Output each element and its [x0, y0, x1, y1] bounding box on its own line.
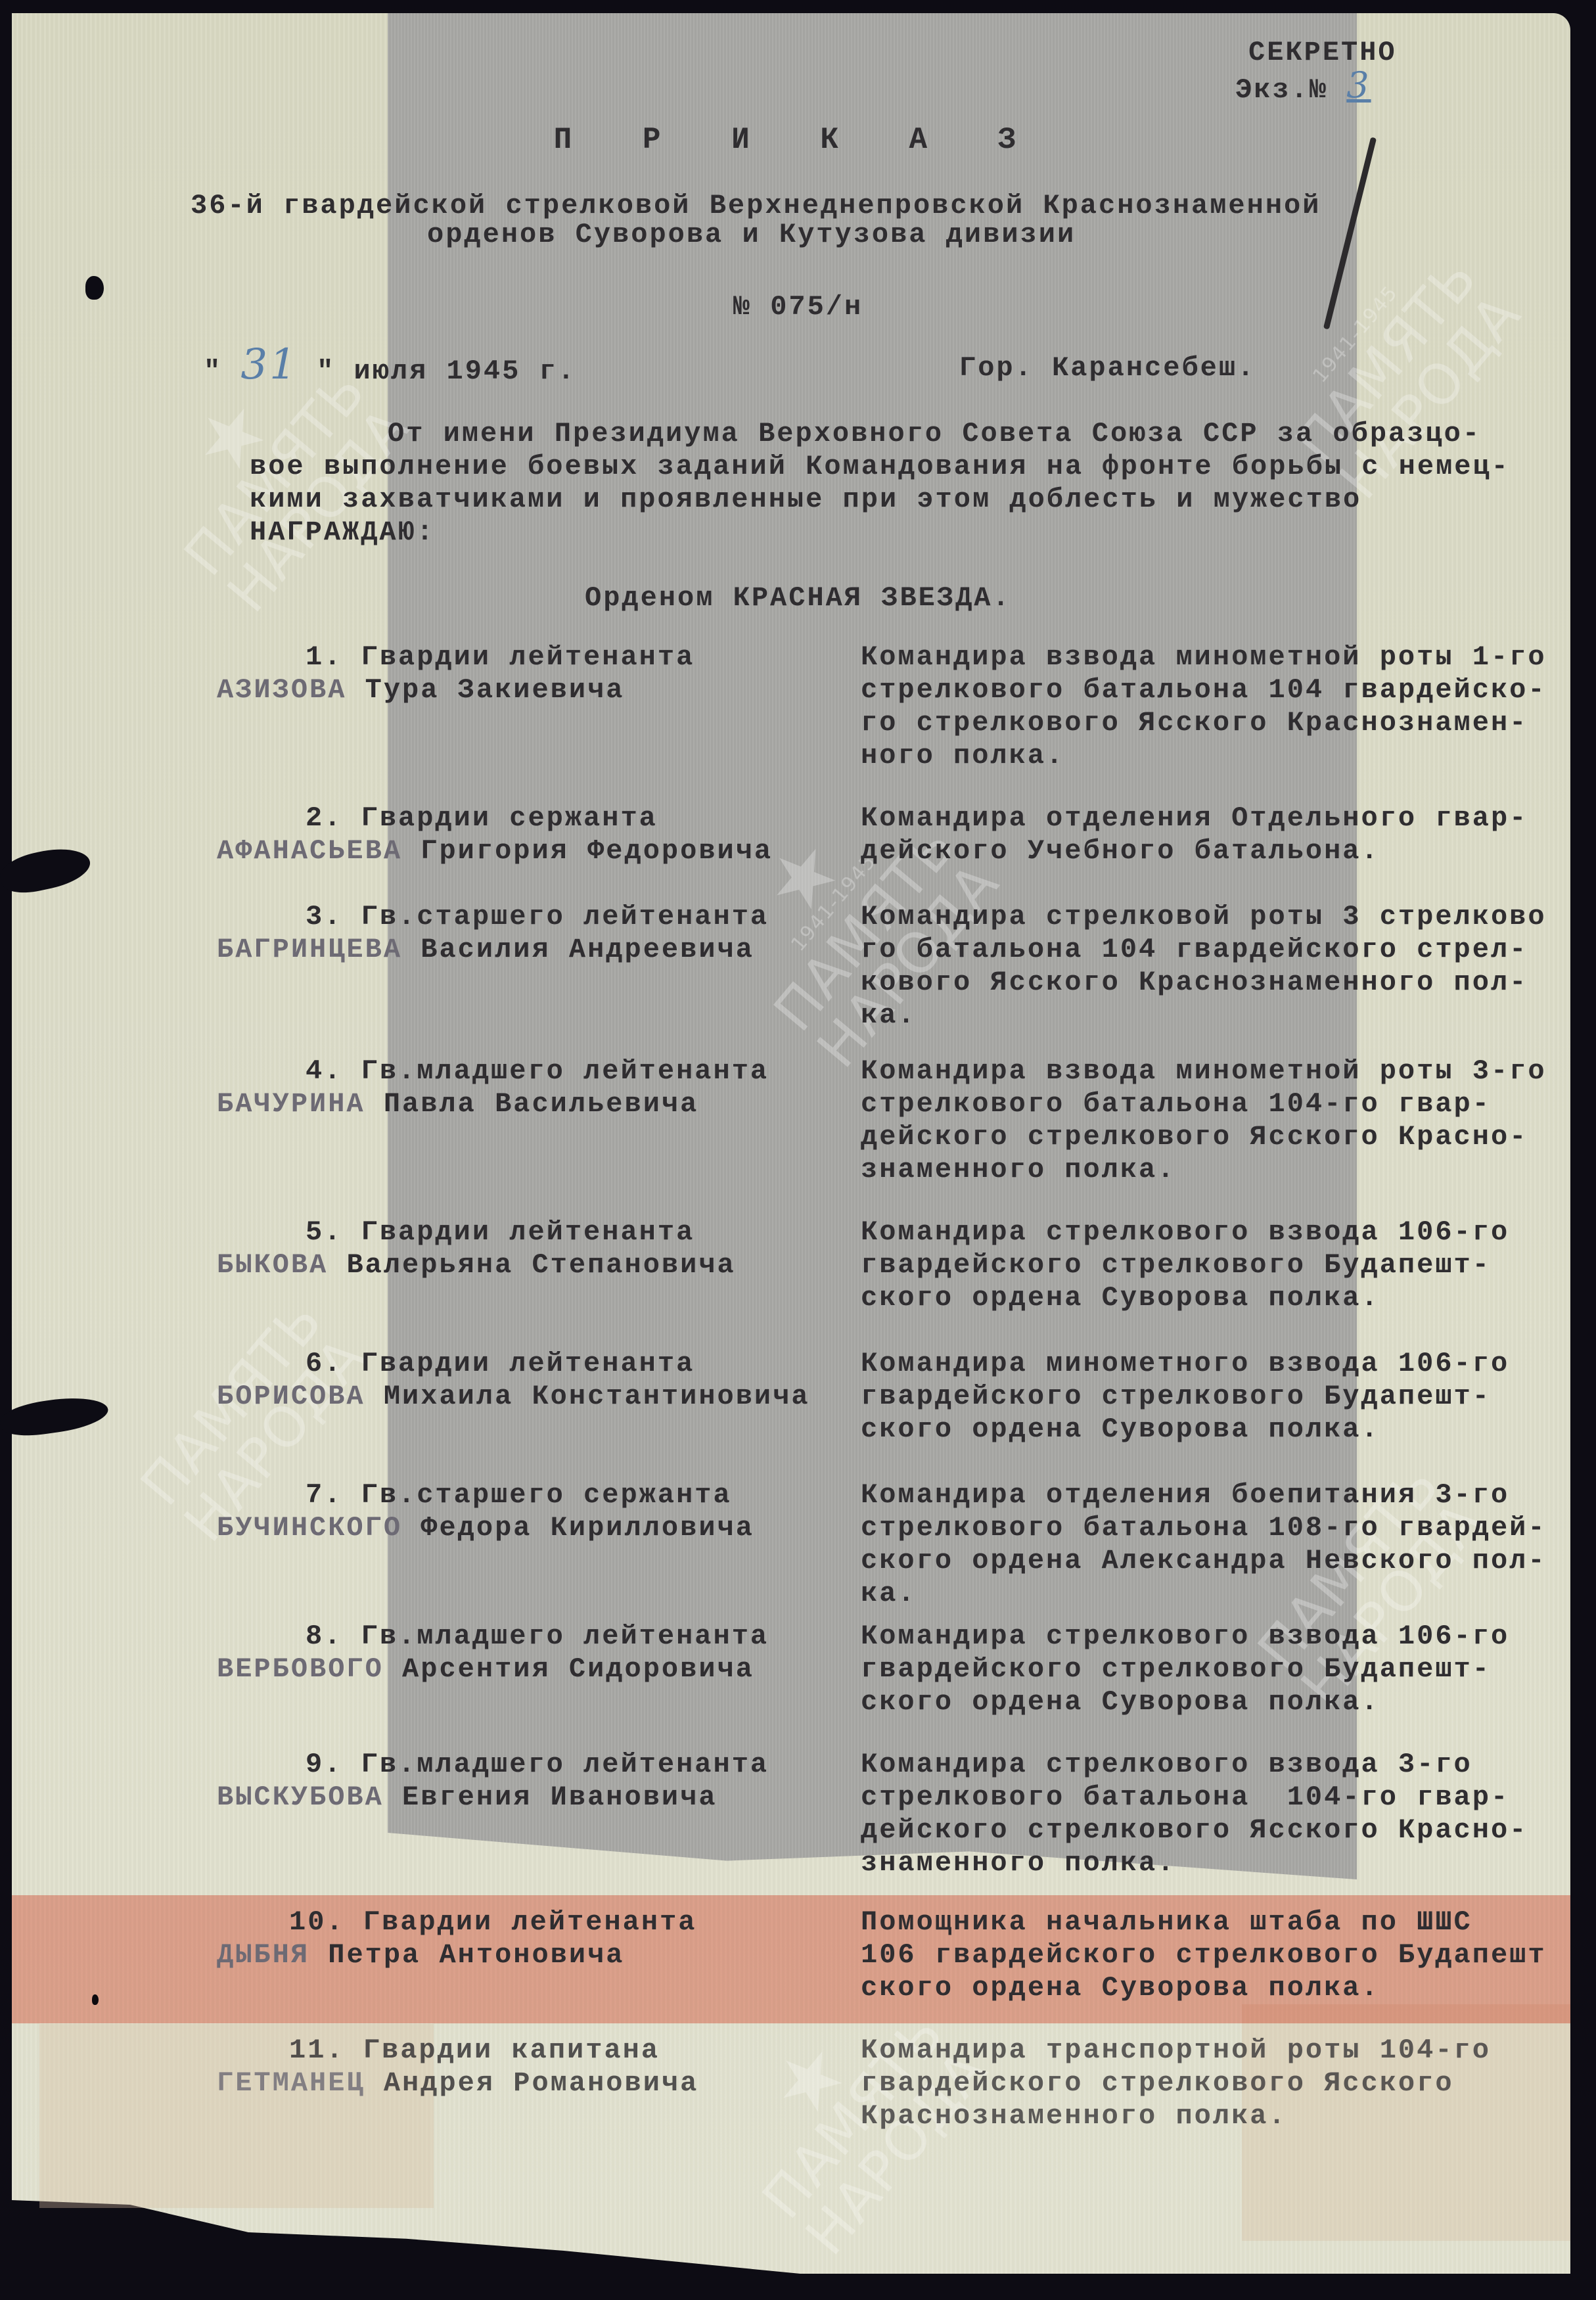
entry-position-line: ского ордена Суворова полка.	[861, 1281, 1509, 1314]
entry-given-names: Михаила Константиновича	[365, 1381, 810, 1412]
entry-given-names: Федора Кирилловича	[402, 1512, 754, 1544]
entry-position: Командира стрелковой роты 3 стрелкового …	[861, 900, 1547, 1032]
entry-surname: ДЫБНЯ	[217, 1939, 309, 1971]
entry-surname: ВЫСКУБОВА	[217, 1782, 384, 1813]
entry-number-and-rank: 9. Гв.младшего лейтенанта	[306, 1748, 769, 1781]
entry-position-line: Командира стрелковой роты 3 стрелково	[861, 900, 1547, 933]
entry-position-line: ского ордена Суворова полка.	[861, 1971, 1547, 2004]
entry-position: Командира стрелкового взвода 106-гогвард…	[861, 1620, 1509, 1718]
entry-position-line: стрелкового батальона 108-го гвардей-	[861, 1511, 1547, 1544]
issuer-line-2: орденов Суворова и Кутузова дивизии	[427, 218, 1076, 251]
entry-position-line: кового Ясского Краснознаменного пол-	[861, 966, 1547, 999]
entry-position: Командира взвода минометной роты 3-гостр…	[861, 1055, 1547, 1186]
entry-number-and-rank: 6. Гвардии лейтенанта	[306, 1347, 695, 1380]
entry-position: Командира минометного взвода 106-гогвард…	[861, 1347, 1509, 1446]
date-line: " 31 " июля 1945 г.	[204, 348, 576, 388]
entry-name: ВЫСКУБОВА Евгения Ивановича	[217, 1781, 718, 1814]
document-title: П Р И К А З	[0, 124, 1596, 156]
entry-position-line: ка.	[861, 999, 1547, 1032]
entry-position-line: Командира взвода минометной роты 1-го	[861, 641, 1547, 674]
entry-position-line: 106 гвардейского стрелкового Будапешт	[861, 1939, 1547, 1971]
entry-number-and-rank: 2. Гвардии сержанта	[306, 802, 658, 835]
preamble-line-2: вое выполнение боевых заданий Командован…	[250, 450, 1510, 483]
entry-name: БАГРИНЦЕВА Василия Андреевича	[217, 933, 754, 966]
entry-position-line: стрелкового батальона 104 гвардейско-	[861, 674, 1547, 706]
entry-surname: БАГРИНЦЕВА	[217, 934, 402, 965]
entry-position-line: Командира взвода минометной роты 3-го	[861, 1055, 1547, 1088]
entry-position-line: ского ордена Суворова полка.	[861, 1686, 1509, 1718]
entry-given-names: Андрея Романовича	[365, 2067, 699, 2099]
entry-position-line: го стрелкового Ясского Краснознамен-	[861, 706, 1547, 739]
copy-number: 3	[1346, 64, 1371, 106]
entry-name: ГЕТМАНЕЦ Андрея Романовича	[217, 2067, 698, 2100]
entry-position-line: гвардейского стрелкового Будапешт-	[861, 1653, 1509, 1686]
entry-position: Командира транспортной роты 104-гогварде…	[861, 2034, 1491, 2132]
issuer-line-1: 36-й гвардейской стрелковой Верхнеднепро…	[191, 189, 1321, 222]
preamble-line-3: кими захватчиками и проявленные при этом…	[250, 483, 1361, 516]
entry-position-line: дейского Учебного батальона.	[861, 835, 1528, 867]
entry-name: ВЕРБОВОГО Арсентия Сидоровича	[217, 1653, 754, 1686]
entry-position: Командира взвода минометной роты 1-гостр…	[861, 641, 1547, 772]
entry-position-line: Краснознаменного полка.	[861, 2100, 1491, 2132]
entry-surname: БУЧИНСКОГО	[217, 1512, 402, 1544]
entry-surname: АЗИЗОВА	[217, 674, 346, 706]
entry-name: АФАНАСЬЕВА Григория Федоровича	[217, 835, 773, 867]
classification-stamp: СЕКРЕТНО	[1248, 36, 1397, 69]
entry-name: БАЧУРИНА Павла Васильевича	[217, 1088, 698, 1120]
award-heading: Орденом КРАСНАЯ ЗВЕЗДА.	[585, 582, 1011, 614]
entry-surname: БЫКОВА	[217, 1249, 328, 1281]
entry-position-line: гвардейского стрелкового Ясского	[861, 2067, 1491, 2100]
entry-surname: ГЕТМАНЕЦ	[217, 2067, 365, 2099]
entry-position-line: ского ордена Александра Невского пол-	[861, 1544, 1547, 1577]
entry-number-and-rank: 11. Гвардии капитана	[289, 2034, 660, 2067]
entry-position-line: ного полка.	[861, 739, 1547, 772]
preamble-line-1: От имени Президиума Верховного Совета Со…	[388, 417, 1481, 450]
date-day: 31	[240, 340, 298, 389]
entry-position-line: знаменного полка.	[861, 1153, 1547, 1186]
entry-position-line: ка.	[861, 1577, 1547, 1610]
entry-position-line: го батальона 104 гвардейского стрел-	[861, 933, 1547, 966]
entry-number-and-rank: 1. Гвардии лейтенанта	[306, 641, 695, 674]
entry-position: Командира стрелкового взвода 3-гострелко…	[861, 1748, 1528, 1879]
entry-number-and-rank: 5. Гвардии лейтенанта	[306, 1216, 695, 1249]
entry-surname: БАЧУРИНА	[217, 1088, 365, 1120]
place: Гор. Карансебеш.	[959, 352, 1256, 384]
entry-given-names: Евгения Ивановича	[384, 1782, 718, 1813]
copy-number-line: Экз.№ 3	[1235, 69, 1371, 106]
entry-position-line: Командира отделения Отдельного гвар-	[861, 802, 1528, 835]
preamble-line-4: НАГРАЖДАЮ:	[250, 516, 435, 549]
entry-number-and-rank: 7. Гв.старшего сержанта	[306, 1479, 732, 1511]
entry-given-names: Арсентия Сидоровича	[384, 1653, 754, 1685]
entry-position-line: Командира транспортной роты 104-го	[861, 2034, 1491, 2067]
entry-position-line: дейского стрелкового Ясского Красно-	[861, 1814, 1528, 1847]
entry-position: Командира отделения боепитания 3-гострел…	[861, 1479, 1547, 1610]
entry-name: БЫКОВА Валерьяна Степановича	[217, 1249, 736, 1281]
entry-position-line: стрелкового батальона 104-го гвар-	[861, 1088, 1547, 1120]
entry-number-and-rank: 4. Гв.младшего лейтенанта	[306, 1055, 769, 1088]
entry-given-names: Павла Васильевича	[365, 1088, 699, 1120]
entry-surname: БОРИСОВА	[217, 1381, 365, 1412]
entry-position-line: знаменного полка.	[861, 1847, 1528, 1879]
entry-given-names: Василия Андреевича	[402, 934, 754, 965]
entry-position-line: гвардейского стрелкового Будапешт-	[861, 1249, 1509, 1281]
entry-position-line: Помощника начальника штаба по ШШС	[861, 1906, 1547, 1939]
entry-number-and-rank: 3. Гв.старшего лейтенанта	[306, 900, 769, 933]
entry-position-line: гвардейского стрелкового Будапешт-	[861, 1380, 1509, 1413]
entry-position: Командира отделения Отдельного гвар-дейс…	[861, 802, 1528, 867]
entry-position-line: Командира стрелкового взвода 3-го	[861, 1748, 1528, 1781]
entry-position-line: Командира минометного взвода 106-го	[861, 1347, 1509, 1380]
entry-position-line: ского ордена Суворова полка.	[861, 1413, 1509, 1446]
entry-given-names: Валерьяна Степановича	[328, 1249, 736, 1281]
entry-name: АЗИЗОВА Тура Закиевича	[217, 674, 625, 706]
entry-name: БОРИСОВА Михаила Константиновича	[217, 1380, 810, 1413]
entry-position: Помощника начальника штаба по ШШС106 гва…	[861, 1906, 1547, 2004]
entry-number-and-rank: 8. Гв.младшего лейтенанта	[306, 1620, 769, 1653]
entry-position-line: стрелкового батальона 104-го гвар-	[861, 1781, 1528, 1814]
entry-number-and-rank: 10. Гвардии лейтенанта	[289, 1906, 697, 1939]
entry-given-names: Петра Антоновича	[309, 1939, 624, 1971]
entry-position-line: Командира стрелкового взвода 106-го	[861, 1620, 1509, 1653]
order-number: № 075/н	[0, 290, 1596, 323]
entry-position-line: Командира отделения боепитания 3-го	[861, 1479, 1547, 1511]
entry-position-line: дейского стрелкового Ясского Красно-	[861, 1120, 1547, 1153]
entry-given-names: Григория Федоровича	[402, 835, 773, 867]
entry-given-names: Тура Закиевича	[346, 674, 624, 706]
entry-name: ДЫБНЯ Петра Антоновича	[217, 1939, 625, 1971]
entry-surname: АФАНАСЬЕВА	[217, 835, 402, 867]
entry-position-line: Командира стрелкового взвода 106-го	[861, 1216, 1509, 1249]
entry-position: Командира стрелкового взвода 106-гогвард…	[861, 1216, 1509, 1314]
entry-name: БУЧИНСКОГО Федора Кирилловича	[217, 1511, 754, 1544]
entry-surname: ВЕРБОВОГО	[217, 1653, 384, 1685]
